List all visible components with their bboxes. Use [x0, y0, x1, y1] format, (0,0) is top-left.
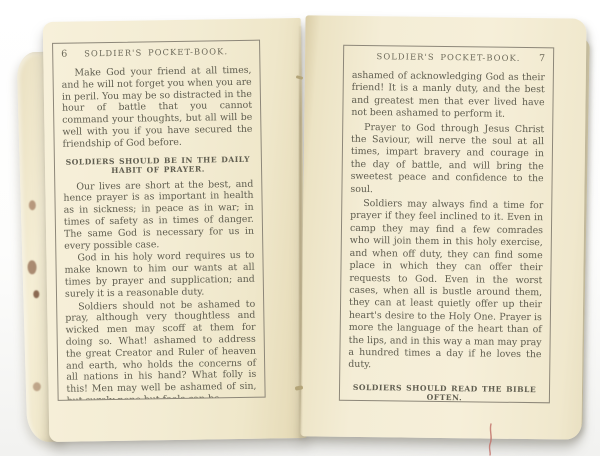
right-page-header: SOLDIER'S POCKET-BOOK. 7 — [352, 51, 545, 68]
left-page-number: 6 — [61, 49, 67, 60]
paragraph: Soldiers should not be ashamed to pray, … — [65, 298, 257, 401]
paragraph: Soldiers may always find a time for pray… — [348, 198, 543, 374]
section-heading: SOLDIERS SHOULD READ THE BIBLE OFTEN. — [350, 383, 539, 403]
book-photo: 6 SOLDIER'S POCKET-BOOK. Make God your f… — [0, 0, 600, 456]
foxing-spot — [33, 382, 41, 391]
foxing-spot — [33, 290, 39, 298]
foxing-spot — [29, 200, 36, 210]
left-page: 6 SOLDIER'S POCKET-BOOK. Make God your f… — [43, 18, 308, 442]
section-heading: SOLDIERS SHOULD BE IN THE DAILY HABIT OF… — [65, 154, 251, 175]
right-page-number: 7 — [539, 53, 545, 64]
gutter-fold-line — [299, 26, 302, 440]
right-page: SOLDIER'S POCKET-BOOK. 7 ashamed of ackn… — [300, 15, 586, 439]
paragraph-continued: ashamed of acknowledging God as their fr… — [351, 70, 545, 122]
paragraph: God in his holy word requires us to make… — [64, 250, 255, 300]
running-head: SOLDIER'S POCKET-BOOK. — [352, 51, 545, 63]
paragraph: Make God your friend at all times, and h… — [61, 65, 252, 151]
left-page-text-frame: 6 SOLDIER'S POCKET-BOOK. Make God your f… — [52, 40, 266, 401]
running-head: SOLDIER'S POCKET-BOOK. — [61, 46, 251, 59]
left-page-header: 6 SOLDIER'S POCKET-BOOK. — [61, 46, 251, 64]
paragraph: Prayer to God through Jesus Christ the S… — [350, 121, 544, 198]
red-thread — [483, 423, 499, 456]
right-page-text-frame: SOLDIER'S POCKET-BOOK. 7 ashamed of ackn… — [339, 45, 554, 404]
foxing-spot — [27, 260, 36, 274]
paragraph: Our lives are short at the best, and hen… — [63, 178, 254, 252]
